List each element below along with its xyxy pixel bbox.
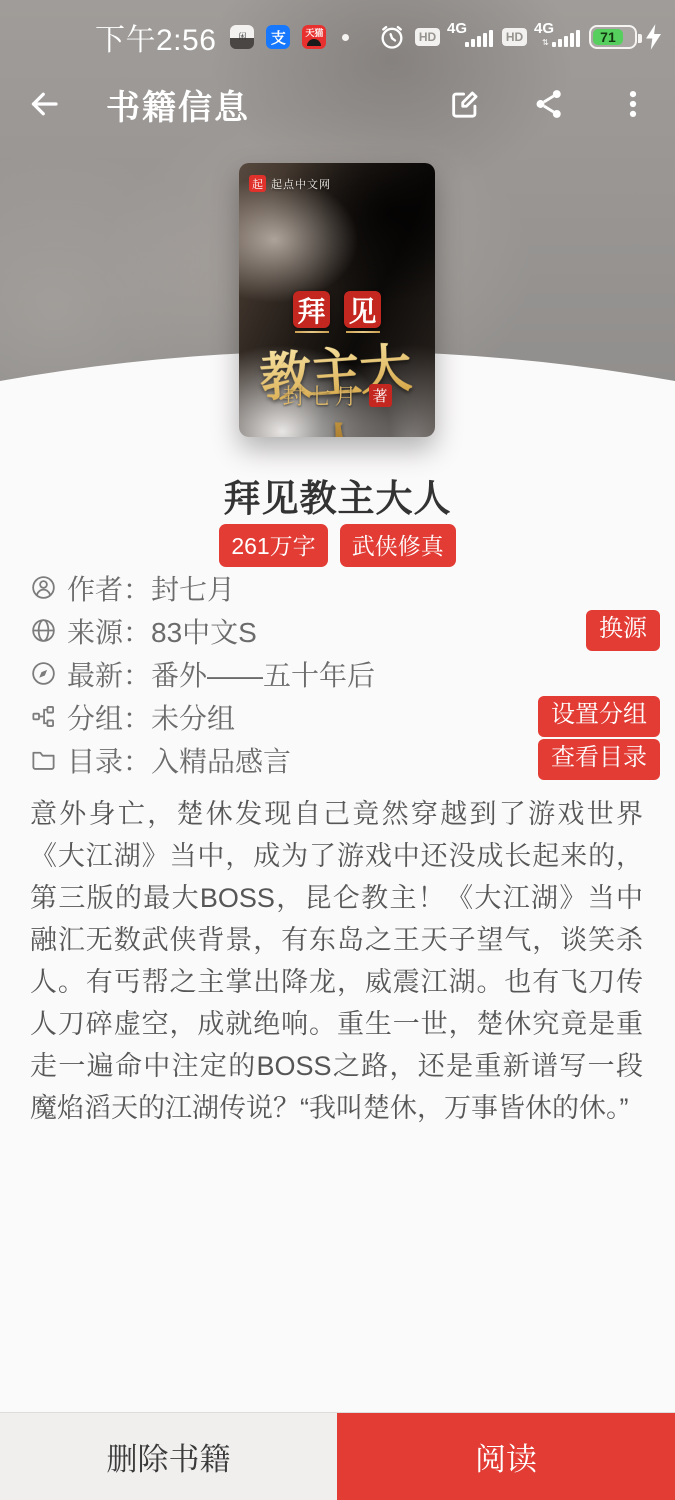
badge-row: 261万字 武侠修真 (0, 524, 675, 567)
group-value: 未分组 (151, 697, 235, 737)
author-seal-icon: 著 (369, 384, 392, 407)
wordcount-badge: 261万字 (219, 524, 327, 567)
status-bar: 下午2:56 闲 支 天猫 HD 4G HD (0, 16, 675, 58)
edit-icon (448, 87, 482, 121)
cover-author-name: 封七月 (282, 380, 360, 411)
hd-voice-icon-2: HD (502, 28, 527, 46)
book-info-screen: 下午2:56 闲 支 天猫 HD 4G HD (0, 0, 675, 1500)
page-title: 书籍信息 (106, 80, 250, 129)
bottom-action-bar: 删除书籍 阅读 (0, 1412, 675, 1500)
cover-author-row: 封七月 著 (239, 380, 435, 411)
back-arrow-icon (26, 86, 62, 122)
battery-icon: 71 (589, 25, 637, 49)
latest-chapter-value: 番外——五十年后 (151, 654, 375, 694)
delete-book-button[interactable]: 删除书籍 (0, 1413, 337, 1500)
author-row: 作者： 封七月 (0, 566, 675, 609)
view-toc-button[interactable]: 查看目录 (538, 739, 660, 780)
more-menu-button[interactable] (611, 82, 655, 126)
hd-voice-icon: HD (415, 28, 440, 46)
stamp-char: 拜 (293, 291, 330, 328)
qidian-site-logo: 起 起点中文网 (249, 175, 331, 192)
source-value: 83中文S (151, 611, 257, 651)
network-type-label-2: 4G (534, 20, 554, 37)
account-icon (30, 574, 57, 601)
book-intro-text: 意外身亡，楚休发现自己竟然穿越到了游戏世界《大江湖》当中，成为了游戏中还没成长起… (30, 793, 643, 1129)
data-arrows-icon: ⇅ (542, 39, 549, 47)
signal-bars-icon (465, 30, 493, 47)
compass-icon (30, 660, 57, 687)
alipay-icon: 支 (266, 25, 290, 49)
tmall-icon: 天猫 (302, 25, 326, 49)
stamp-char: 见 (344, 291, 381, 328)
group-icon (30, 703, 57, 730)
site-name: 起点中文网 (271, 176, 331, 192)
toc-value: 入精品感言 (151, 740, 291, 780)
signal-bars-icon-2 (552, 30, 580, 47)
source-row: 来源： 83中文S 换源 (0, 609, 675, 652)
globe-icon (30, 617, 57, 644)
news-app-icon: 闲 (230, 25, 254, 49)
network-type-label: 4G (447, 20, 467, 37)
notification-app-icons: 闲 支 天猫 (230, 25, 326, 49)
share-icon (532, 87, 566, 121)
category-badge: 武侠修真 (340, 524, 456, 567)
app-bar-actions (443, 82, 655, 126)
battery-percent: 71 (600, 29, 616, 45)
app-bar: 书籍信息 (0, 72, 675, 136)
folder-icon (30, 746, 57, 773)
book-cover[interactable]: 起 起点中文网 拜 见 教主大人 封七月 著 (239, 163, 435, 437)
book-title: 拜见教主大人 (0, 468, 675, 522)
signal-sim2: 4G ⇅ (536, 28, 580, 47)
set-group-button[interactable]: 设置分组 (538, 696, 660, 737)
latest-chapter-row: 最新： 番外——五十年后 (0, 652, 675, 695)
status-bar-right: HD 4G HD 4G ⇅ 71 (378, 23, 661, 51)
signal-sim1: 4G (449, 28, 493, 47)
qidian-logo-icon: 起 (249, 175, 266, 192)
edit-book-button[interactable] (443, 82, 487, 126)
book-info-list: 作者： 封七月 来源： 83中文S 换源 (0, 566, 675, 781)
group-row: 分组： 未分组 设置分组 (0, 695, 675, 738)
charging-bolt-icon (646, 24, 661, 50)
kebab-menu-icon (616, 87, 650, 121)
read-button[interactable]: 阅读 (337, 1413, 675, 1500)
author-value: 封七月 (151, 568, 235, 608)
notification-dot (342, 34, 349, 41)
share-button[interactable] (527, 82, 571, 126)
toc-row: 目录： 入精品感言 查看目录 (0, 738, 675, 781)
alarm-icon (378, 23, 406, 51)
clock-text: 下午2:56 (95, 15, 216, 59)
back-button[interactable] (22, 82, 66, 126)
change-source-button[interactable]: 换源 (586, 610, 660, 651)
